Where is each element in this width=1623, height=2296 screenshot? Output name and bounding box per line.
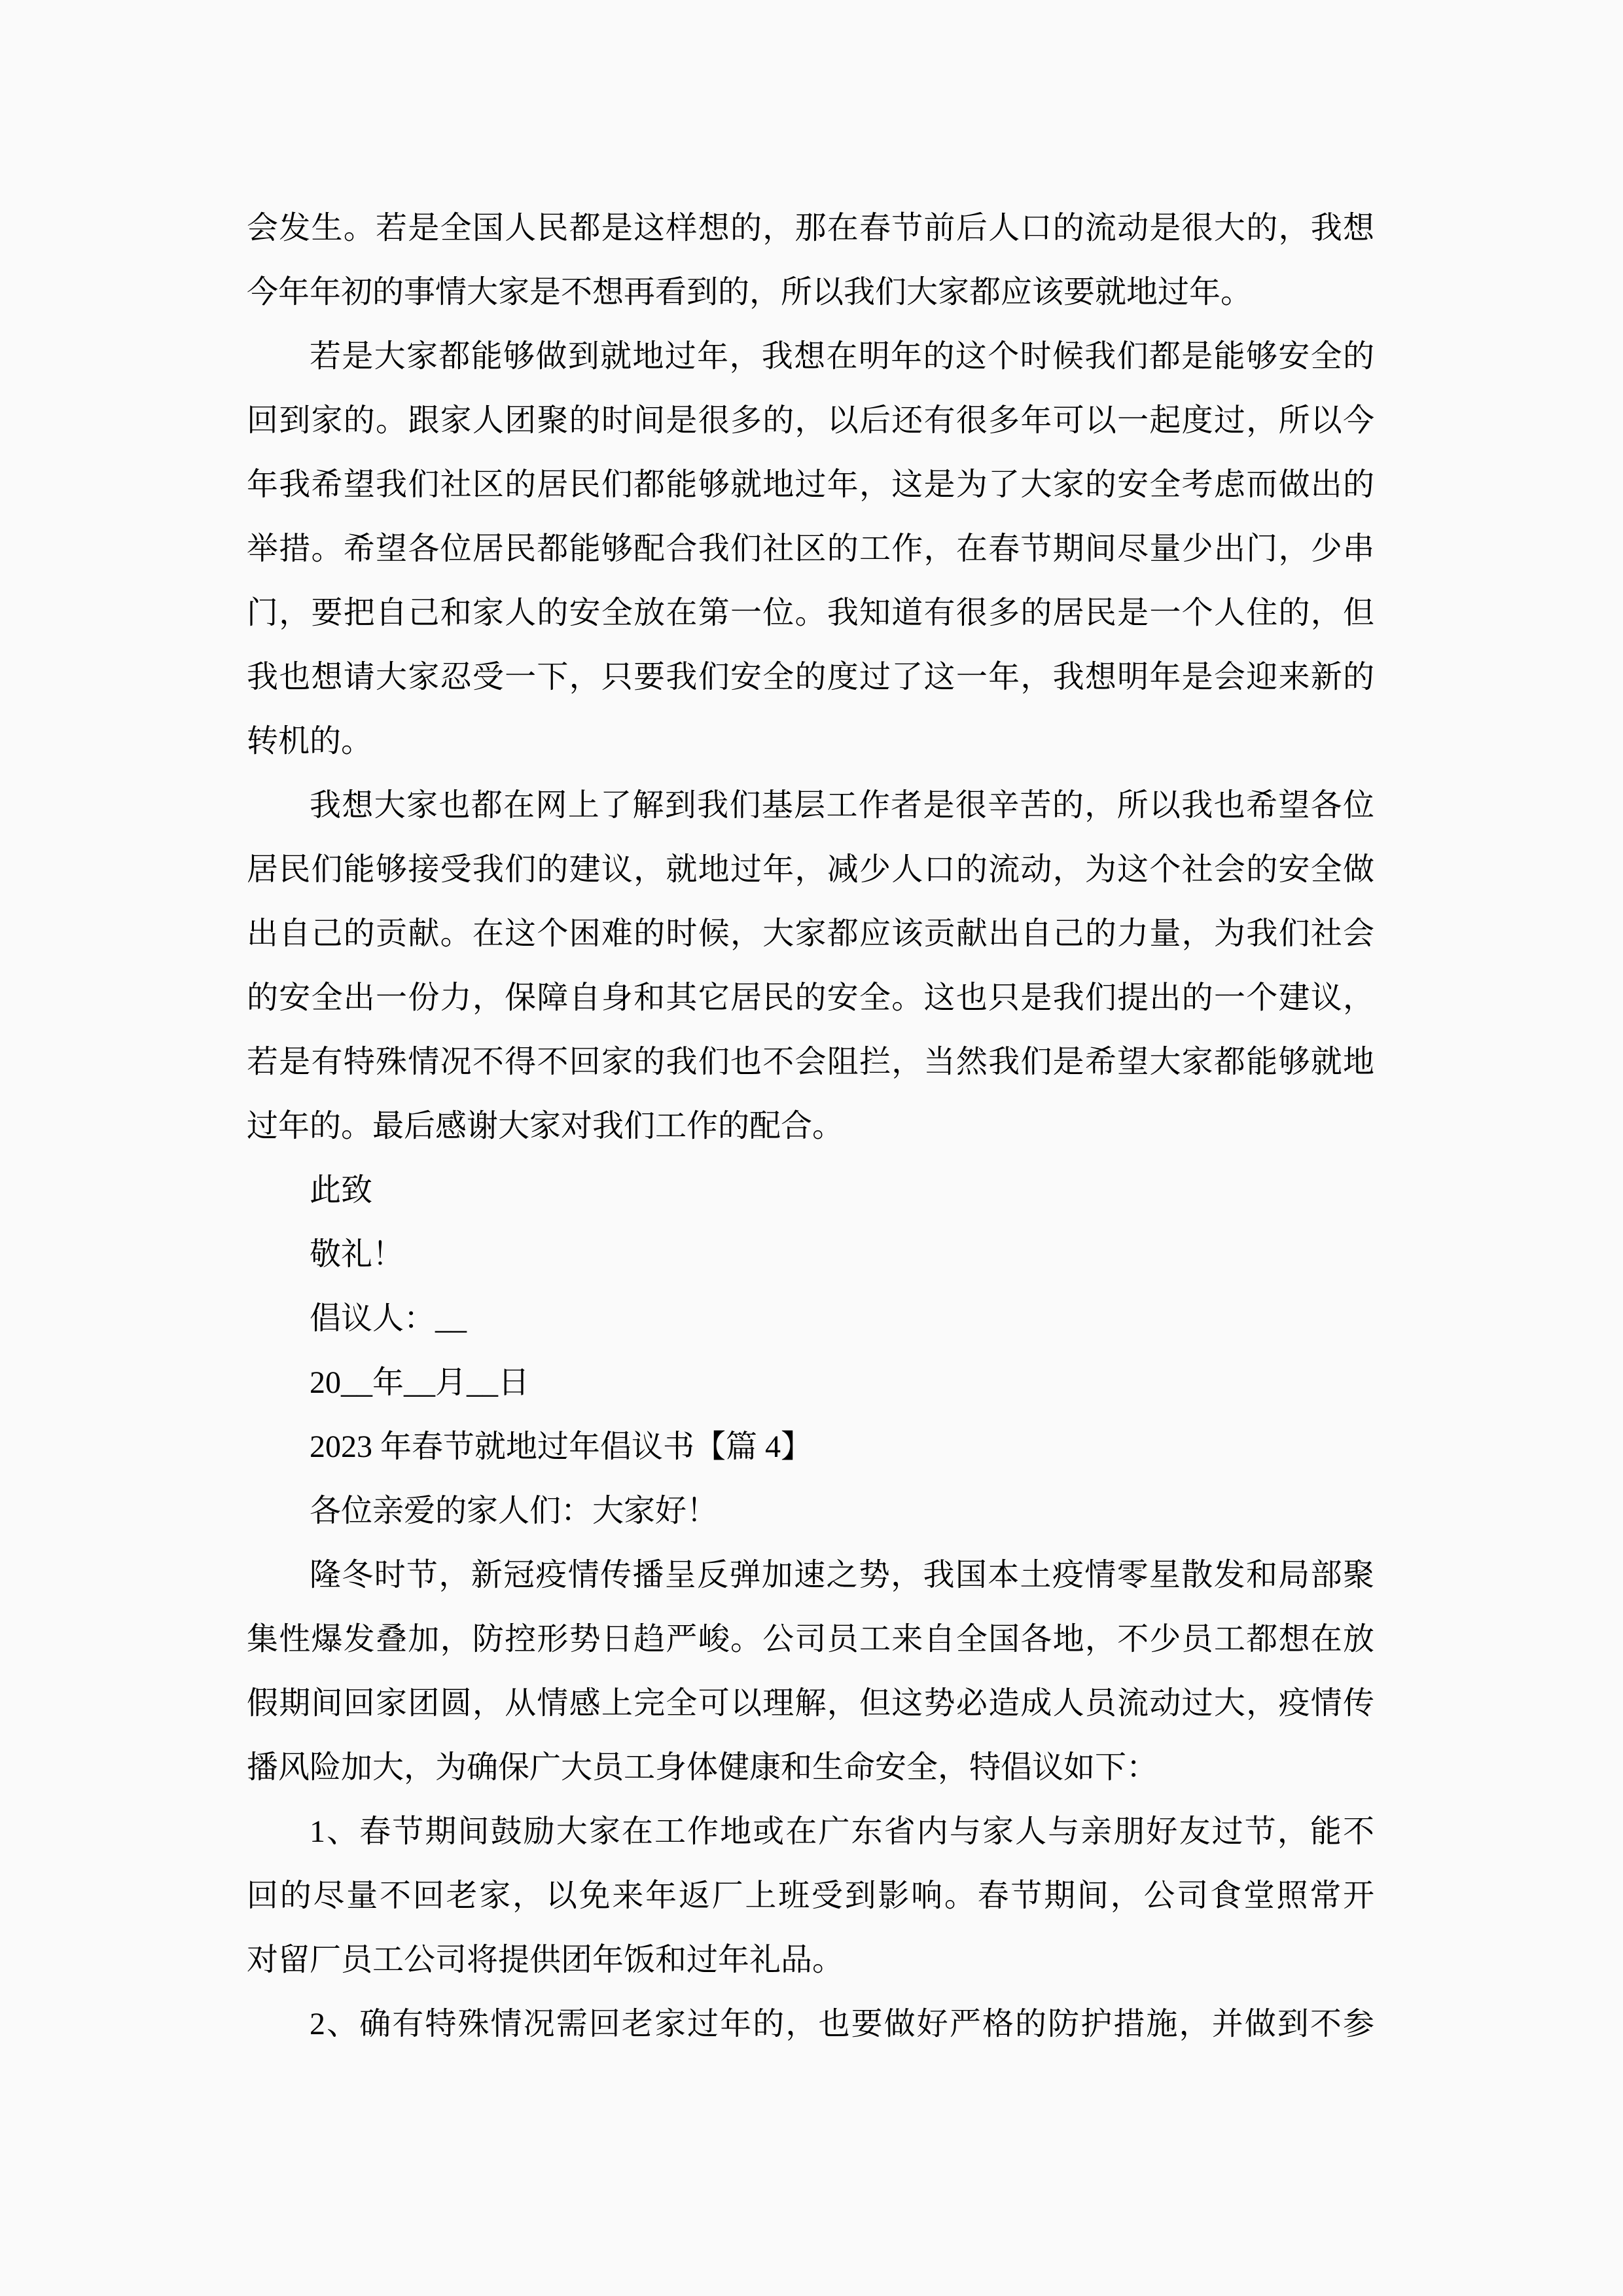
text-line: 若是大家都能够做到就地过年，我想在明年的这个时候我们都是能够安全的 xyxy=(247,325,1374,389)
document-body: 会发生。若是全国人民都是这样想的，那在春节前后人口的流动是很大的，我想今年年初的… xyxy=(247,196,1374,2056)
text-line: 集性爆发叠加，防控形势日趋严峻。公司员工来自全国各地，不少员工都想在放 xyxy=(247,1607,1374,1672)
text-line: 回到家的。跟家人团聚的时间是很多的，以后还有很多年可以一起度过，所以今 xyxy=(247,389,1374,453)
text-line: 回的尽量不回老家，以免来年返厂上班受到影响。春节期间，公司食堂照常开放， xyxy=(247,1864,1374,1928)
text-line: 今年年初的事情大家是不想再看到的，所以我们大家都应该要就地过年。 xyxy=(247,260,1374,325)
text-line: 播风险加大，为确保广大员工身体健康和生命安全，特倡议如下： xyxy=(247,1736,1374,1800)
text-line: 转机的。 xyxy=(247,709,1374,774)
text-line: 的安全出一份力，保障自身和其它居民的安全。这也只是我们提出的一个建议， xyxy=(247,966,1374,1030)
text-line: 1、春节期间鼓励大家在工作地或在广东省内与家人与亲朋好友过节，能不 xyxy=(247,1800,1374,1864)
text-line: 会发生。若是全国人民都是这样想的，那在春节前后人口的流动是很大的，我想 xyxy=(247,196,1374,260)
document-page: 会发生。若是全国人民都是这样想的，那在春节前后人口的流动是很大的，我想今年年初的… xyxy=(0,0,1623,2296)
text-line: 2、确有特殊情况需回老家过年的，也要做好严格的防护措施，并做到不参 xyxy=(247,1992,1374,2056)
text-line: 各位亲爱的家人们：大家好！ xyxy=(247,1479,1374,1543)
text-line: 居民们能够接受我们的建议，就地过年，减少人口的流动，为这个社会的安全做 xyxy=(247,838,1374,902)
text-line: 此致 xyxy=(247,1158,1374,1223)
text-line: 2023 年春节就地过年倡议书【篇 4】 xyxy=(247,1415,1374,1479)
text-line: 年我希望我们社区的居民们都能够就地过年，这是为了大家的安全考虑而做出的 xyxy=(247,453,1374,517)
text-line: 20__年__月__日 xyxy=(247,1351,1374,1415)
text-line: 我也想请大家忍受一下，只要我们安全的度过了这一年，我想明年是会迎来新的 xyxy=(247,645,1374,709)
text-line: 敬礼！ xyxy=(247,1223,1374,1287)
text-line: 举措。希望各位居民都能够配合我们社区的工作，在春节期间尽量少出门，少串 xyxy=(247,517,1374,581)
text-line: 若是有特殊情况不得不回家的我们也不会阻拦，当然我们是希望大家都能够就地 xyxy=(247,1030,1374,1094)
text-line: 出自己的贡献。在这个困难的时候，大家都应该贡献出自己的力量，为我们社会 xyxy=(247,902,1374,966)
text-line: 对留厂员工公司将提供团年饭和过年礼品。 xyxy=(247,1928,1374,1992)
text-line: 我想大家也都在网上了解到我们基层工作者是很辛苦的，所以我也希望各位 xyxy=(247,774,1374,838)
text-line: 门，要把自己和家人的安全放在第一位。我知道有很多的居民是一个人住的，但 xyxy=(247,581,1374,645)
text-line: 隆冬时节，新冠疫情传播呈反弹加速之势，我国本土疫情零星散发和局部聚 xyxy=(247,1543,1374,1607)
text-line: 过年的。最后感谢大家对我们工作的配合。 xyxy=(247,1094,1374,1158)
text-line: 倡议人：__ xyxy=(247,1287,1374,1351)
text-line: 假期间回家团圆，从情感上完全可以理解，但这势必造成人员流动过大，疫情传 xyxy=(247,1672,1374,1736)
